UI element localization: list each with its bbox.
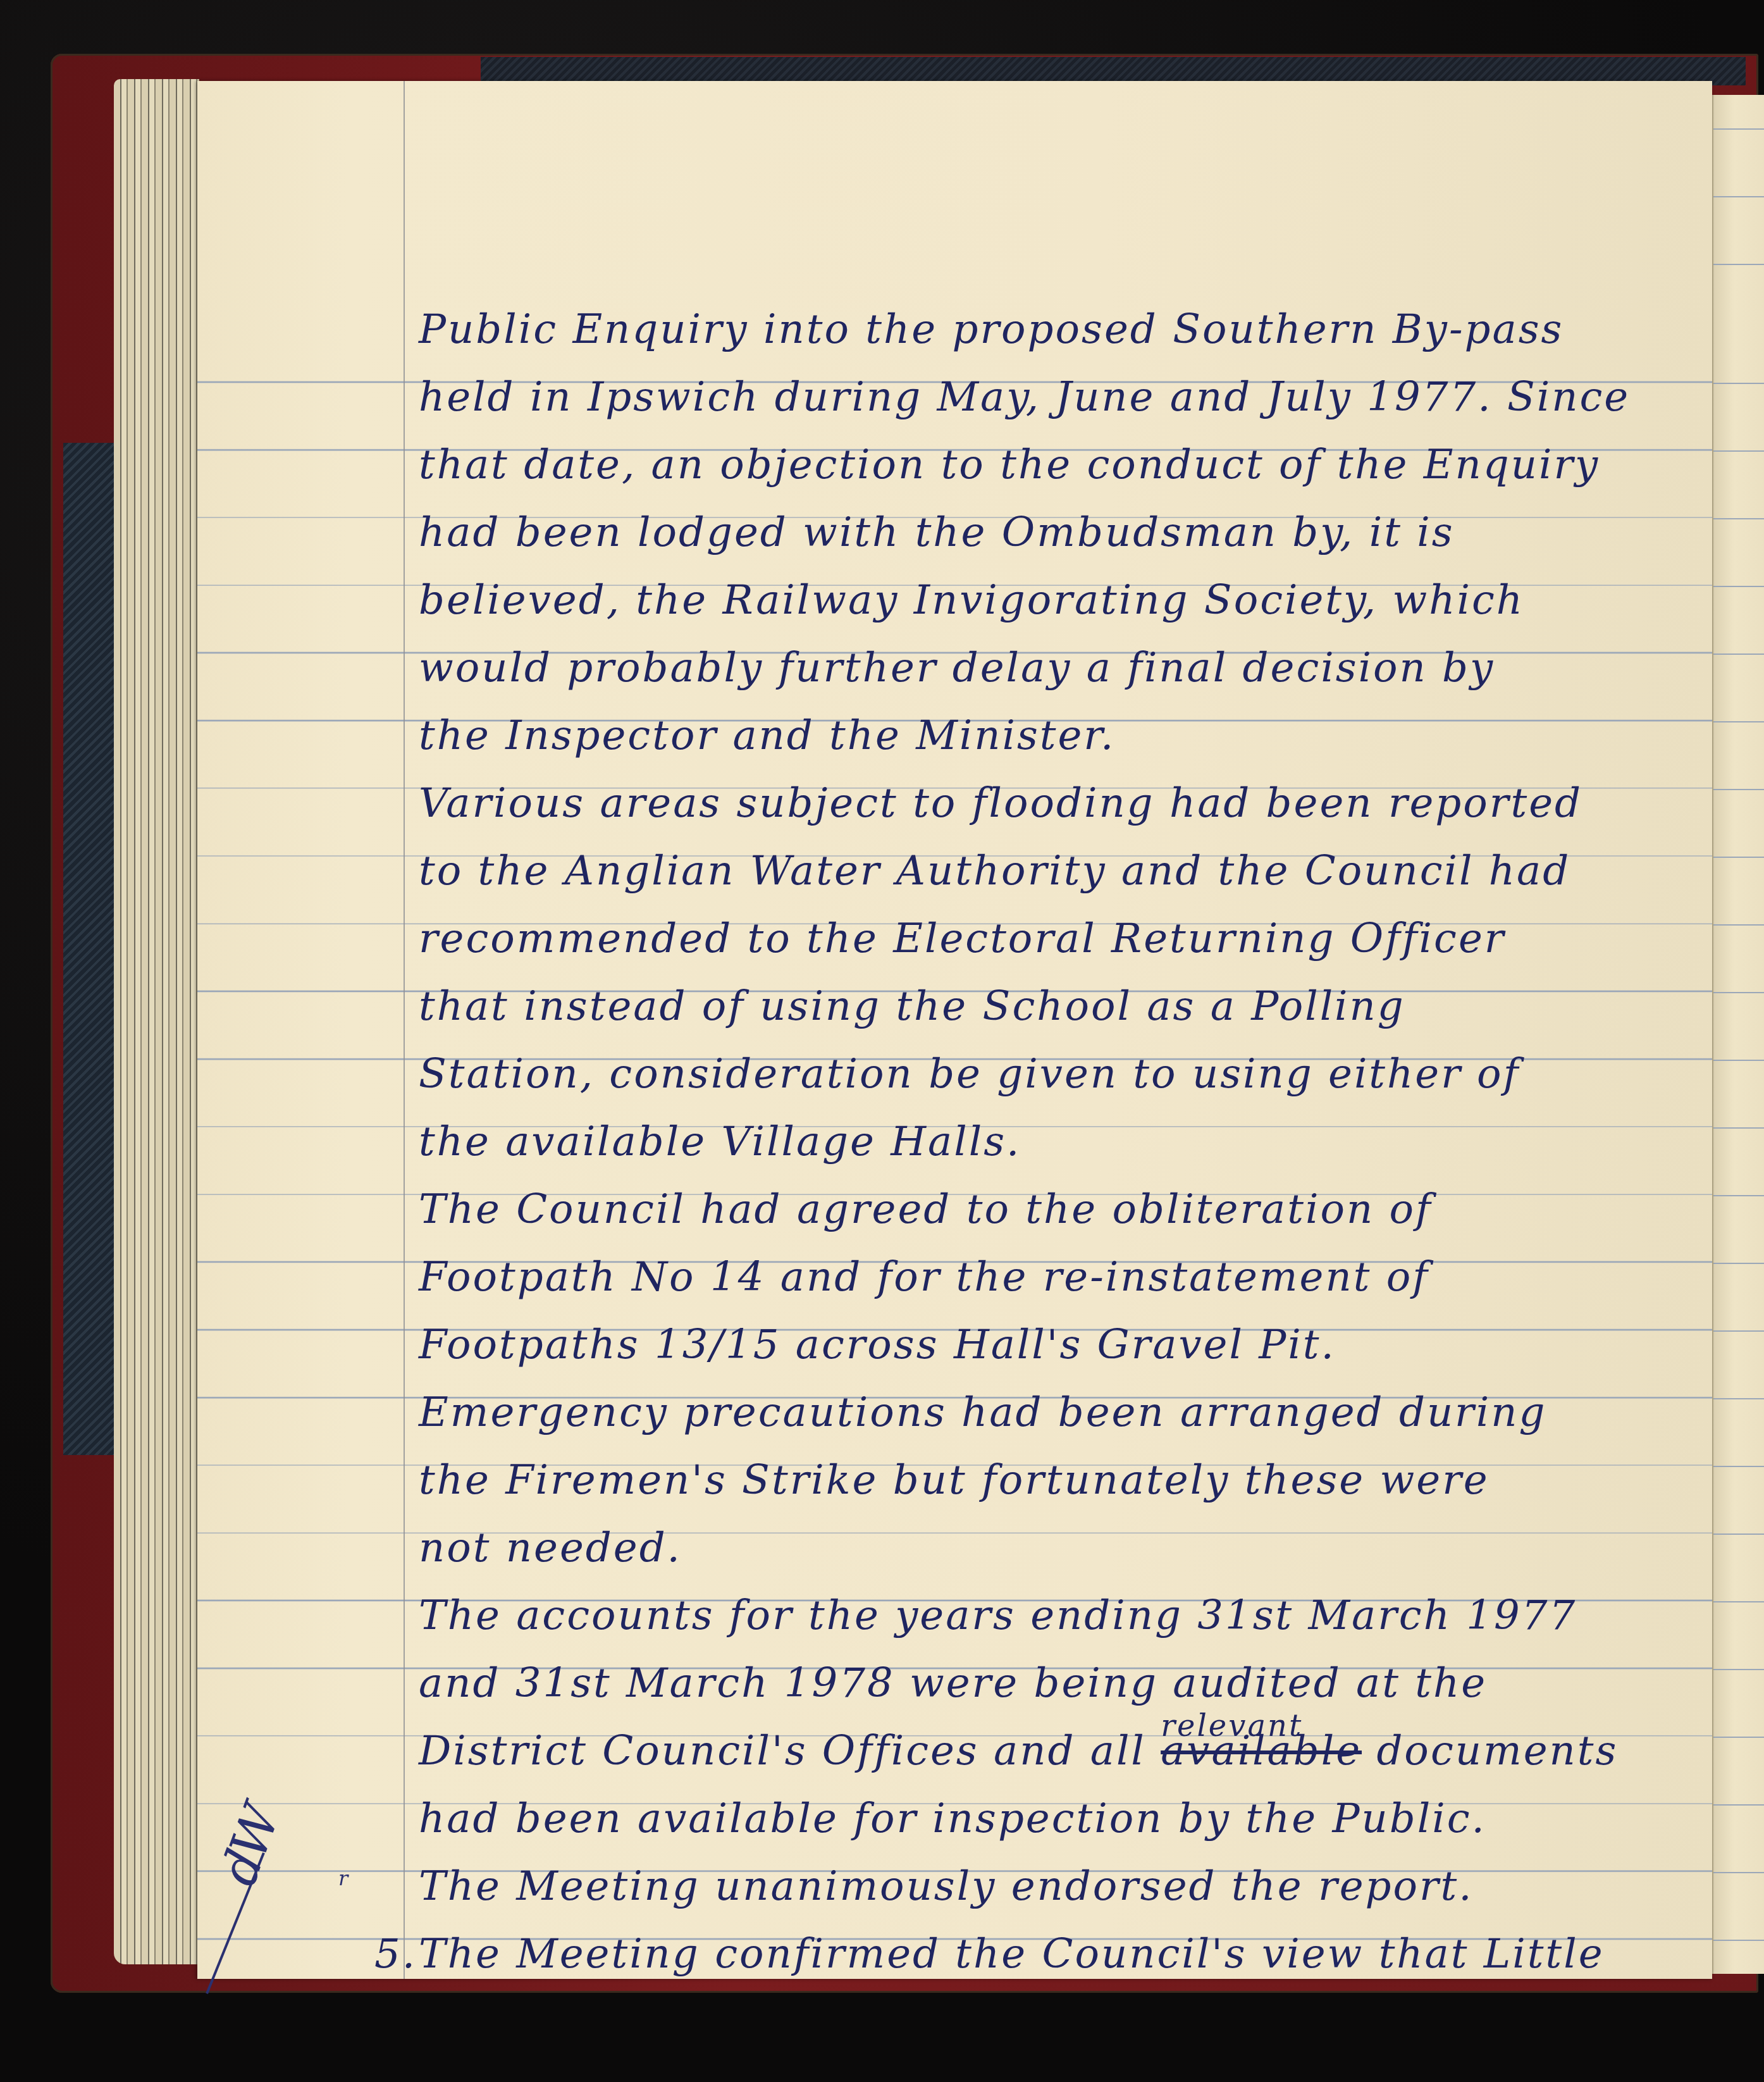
- text-segment: The Meeting confirmed the Council's view…: [419, 1931, 1605, 1978]
- text-line: Footpaths 13/15 across Hall's Gravel Pit…: [419, 1311, 1703, 1379]
- page-edges: [114, 79, 199, 1964]
- text-line: not needed.: [419, 1515, 1703, 1582]
- cloth-spine: [63, 443, 115, 1455]
- text-segment: District Council's Offices and all: [419, 1728, 1161, 1775]
- margin-mark: r: [338, 1866, 348, 1890]
- text-line: Station, consideration be given to using…: [419, 1041, 1703, 1108]
- text-line: The Meeting unanimously endorsed the rep…: [419, 1853, 1703, 1921]
- text-line: had been lodged with the Ombudsman by, i…: [419, 499, 1703, 567]
- text-line: to the Anglian Water Authority and the C…: [419, 838, 1703, 905]
- next-page-rules: [1713, 95, 1764, 1974]
- numbered-item-line: 5. The Meeting confirmed the Council's v…: [419, 1921, 1703, 1988]
- text-line: Emergency precautions had been arranged …: [419, 1379, 1703, 1447]
- text-line: that date, an objection to the conduct o…: [419, 431, 1703, 499]
- page-header-blank: [197, 81, 1712, 316]
- text-line: that instead of using the School as a Po…: [419, 973, 1703, 1041]
- text-line: The Council had agreed to the obliterati…: [419, 1176, 1703, 1244]
- text-line: Public Enquiry into the proposed Souther…: [419, 296, 1703, 364]
- item-number: 5.: [374, 1921, 417, 1988]
- text-line: had been available for inspection by the…: [419, 1785, 1703, 1853]
- text-line: would probably further delay a final dec…: [419, 635, 1703, 702]
- text-line: Various areas subject to flooding had be…: [419, 770, 1703, 838]
- text-line: Footpath No 14 and for the re-instatemen…: [419, 1244, 1703, 1311]
- text-line-with-correction: District Council's Offices and all relev…: [419, 1718, 1703, 1785]
- text-line: The accounts for the years ending 31st M…: [419, 1582, 1703, 1650]
- text-line: recommended to the Electoral Returning O…: [419, 905, 1703, 973]
- notebook-page: Public Enquiry into the proposed Souther…: [197, 81, 1712, 1979]
- text-line: and 31st March 1978 were being audited a…: [419, 1650, 1703, 1718]
- inserted-word: relevant: [1161, 1692, 1303, 1760]
- text-line: the Firemen's Strike but fortunately the…: [419, 1447, 1703, 1515]
- next-page-edge: [1712, 95, 1764, 1974]
- text-segment: documents: [1362, 1728, 1618, 1775]
- minutes-text: Public Enquiry into the proposed Souther…: [419, 320, 1703, 2012]
- text-line: held in Ipswich during May, June and Jul…: [419, 364, 1703, 431]
- text-line: the Inspector and the Minister.: [419, 702, 1703, 770]
- margin-line: [404, 81, 405, 1979]
- text-line: the available Village Halls.: [419, 1108, 1703, 1176]
- text-line: believed, the Railway Invigorating Socie…: [419, 567, 1703, 635]
